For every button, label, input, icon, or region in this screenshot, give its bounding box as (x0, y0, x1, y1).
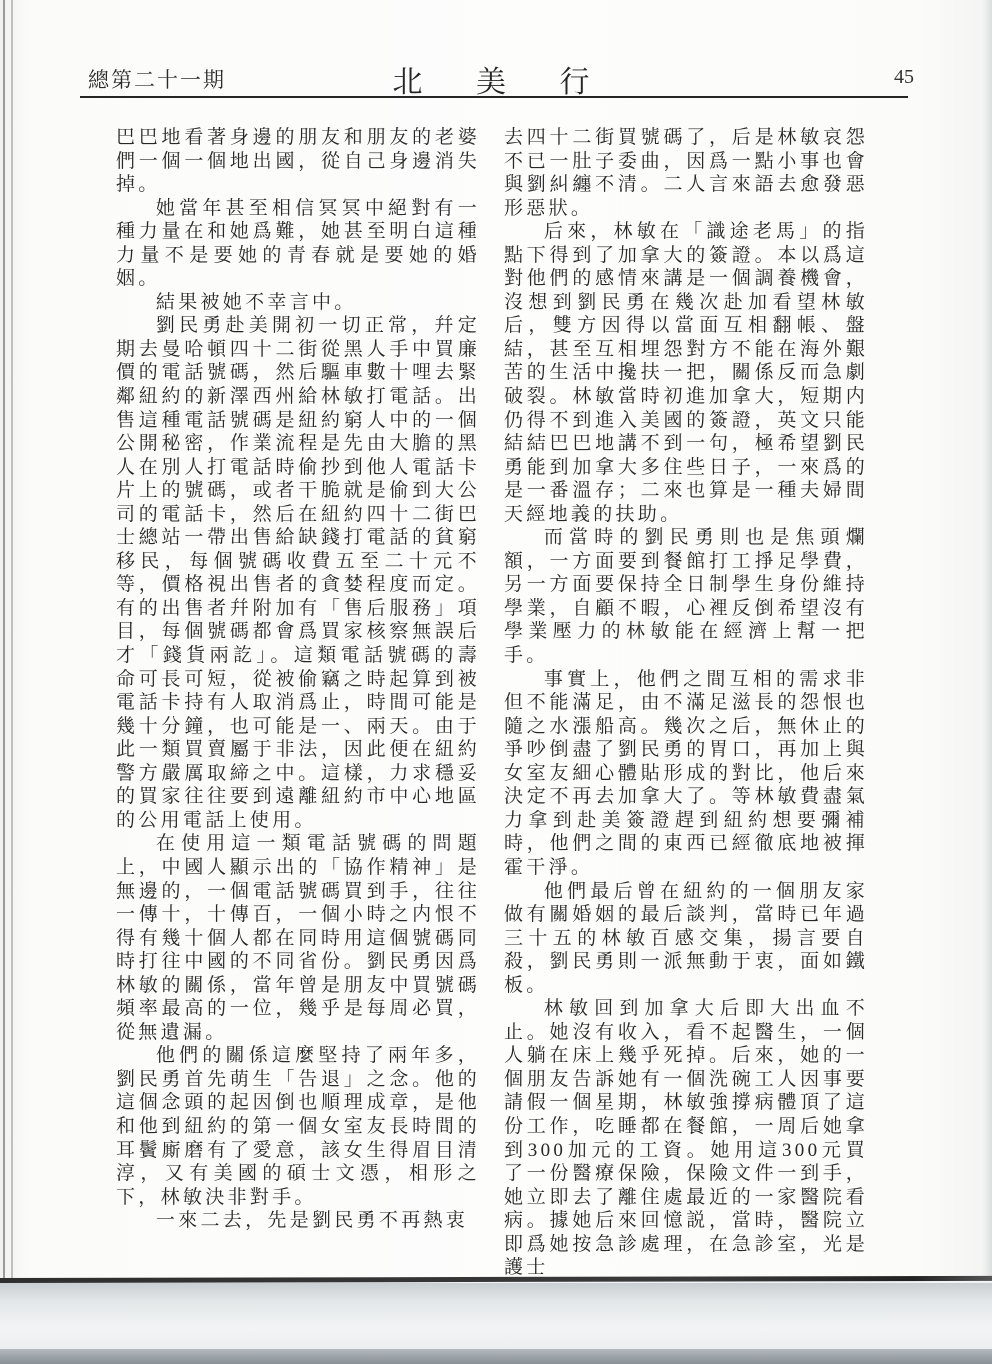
scan-shadow-band-dark (0, 1349, 992, 1364)
page-right-shade (982, 0, 992, 1281)
page-paper: 總第二十一期 北 美 行 45 巴巴地看著身邊的朋友和朋友的老婆們一個一個地出國… (0, 0, 992, 1281)
scanned-magazine-page: 總第二十一期 北 美 行 45 巴巴地看著身邊的朋友和朋友的老婆們一個一個地出國… (0, 0, 992, 1364)
paragraph: 林敏回到加拿大后即大出血不止。她沒有收入，看不起醫生，一個人躺在床上幾乎死掉。后… (504, 997, 868, 1280)
paragraph: 他們最后曾在紐約的一個朋友家做有關婚姻的最后談判，當時已年過三十五的林敏百感交集… (504, 880, 868, 998)
paragraph: 在使用這一類電話號碼的問題上，中國人顯示出的「協作精神」是無邊的，一個電話號碼買… (116, 832, 480, 1044)
paragraph: 劉民勇赴美開初一切正常，幷定期去曼哈頓四十二街從黑人手中買廉價的電話號碼，然后驅… (116, 314, 480, 832)
paragraph: 巴巴地看著身邊的朋友和朋友的老婆們一個一個地出國，從自己身邊消失掉。 (116, 126, 480, 197)
paragraph: 去四十二街買號碼了，后是林敏哀怨不已一肚子委曲，因爲一點小事也會與劉糾纏不清。二… (504, 126, 868, 220)
binding-edge-line-inner (11, 0, 13, 1281)
scan-shadow-band (0, 1283, 992, 1349)
page-number: 45 (894, 66, 914, 89)
paragraph: 而當時的劉民勇則也是焦頭爛額，一方面要到餐館打工掙足學費，另一方面要保持全日制學… (504, 526, 868, 667)
page-title: 北 美 行 (0, 57, 992, 101)
paragraph: 一來二去，先是劉民勇不再熱衷 (116, 1209, 480, 1233)
binding-edge-line-outer (3, 0, 5, 1281)
paragraph: 結果被她不幸言中。 (116, 291, 480, 315)
paragraph: 她當年甚至相信冥冥中絕對有一種力量在和她爲難，她甚至明白這種力量不是要她的青春就… (116, 197, 480, 291)
text-column-left: 巴巴地看著身邊的朋友和朋友的老婆們一個一個地出國，從自己身邊消失掉。 她當年甚至… (116, 126, 480, 1233)
header-rule (80, 96, 908, 98)
paragraph: 事實上，他們之間互相的需求非但不能滿足，由不滿足滋長的怨恨也隨之水漲船高。幾次之… (504, 668, 868, 880)
paragraph: 后來，林敏在「識途老馬」的指點下得到了加拿大的簽證。本以爲這對他們的感情來講是一… (504, 220, 868, 526)
paragraph: 他們的關係這麼堅持了兩年多，劉民勇首先萌生「告退」之念。他的這個念頭的起因倒也順… (116, 1044, 480, 1209)
text-column-right: 去四十二街買號碼了，后是林敏哀怨不已一肚子委曲，因爲一點小事也會與劉糾纏不清。二… (504, 126, 868, 1280)
page-bottom-edge (0, 1276, 992, 1283)
